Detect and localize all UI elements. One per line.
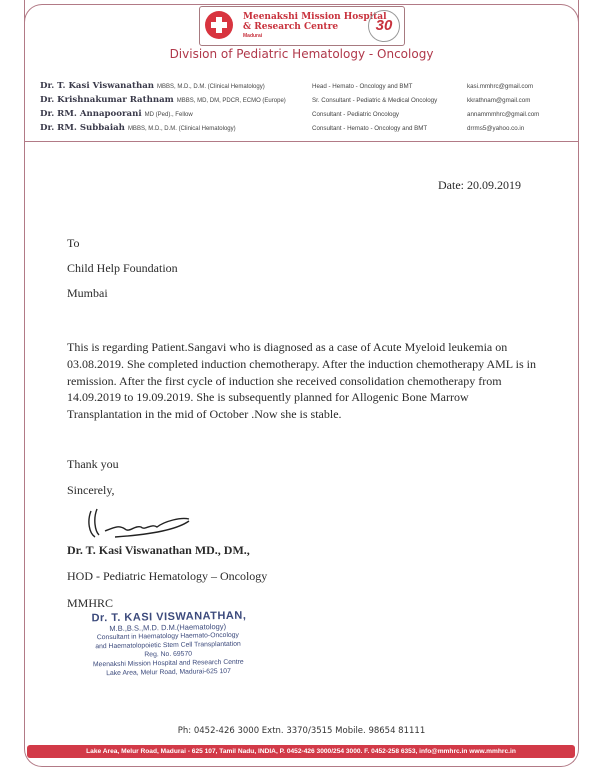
letter-date: Date: 20.09.2019 [438, 178, 521, 193]
header-divider [24, 141, 579, 142]
recipient-name: Child Help Foundation [67, 260, 178, 277]
footer-address-bar: Lake Area, Melur Road, Madurai - 625 107… [27, 745, 575, 758]
doctor-email: kkrathnam@gmail.com [467, 97, 530, 104]
signature-icon [85, 507, 195, 543]
signatory-title: HOD - Pediatric Hematology – Oncology [67, 568, 267, 585]
recipient-city: Mumbai [67, 285, 108, 302]
signatory-name: Dr. T. Kasi Viswanathan MD., DM., [67, 542, 250, 559]
hospital-city: Madurai [243, 33, 262, 39]
closing-line: Sincerely, [67, 482, 115, 499]
doctor-list: Dr. T. Kasi ViswanathanMBBS, M.D., D.M. … [40, 81, 570, 137]
doctor-row: Dr. Krishnakumar RathnamMBBS, MD, DM, PD… [40, 95, 570, 109]
doctor-stamp: Dr. T. KASI VISWANATHAN, M.B.,B.S.,M.D. … [77, 609, 258, 678]
hospital-logo: Meenakshi Mission Hospital & Research Ce… [199, 6, 405, 46]
signatory-org: MMHRC [67, 595, 113, 612]
salutation-to: To [67, 235, 80, 252]
doctor-email: annammmhrc@gmail.com [467, 111, 539, 118]
doctor-email: drrms5@yahoo.co.in [467, 125, 524, 132]
thanks-line: Thank you [67, 456, 119, 473]
division-title: Division of Pediatric Hematology - Oncol… [0, 47, 603, 61]
footer-phone: Ph: 0452-426 3000 Extn. 3370/3515 Mobile… [0, 726, 603, 736]
letter-body: This is regarding Patient.Sangavi who is… [67, 339, 542, 423]
doctor-row: Dr. RM. SubbaiahMBBS, M.D., D.M. (Clinic… [40, 123, 570, 137]
doctor-email: kasi.mmhrc@gmail.com [467, 83, 533, 90]
doctor-row: Dr. T. Kasi ViswanathanMBBS, M.D., D.M. … [40, 81, 570, 95]
doctor-row: Dr. RM. AnnapooraniMD (Ped)., Fellow Con… [40, 109, 570, 123]
anniversary-badge-icon: 30 [368, 10, 400, 42]
hospital-name: Meenakshi Mission Hospital & Research Ce… [243, 12, 387, 32]
hospital-cross-icon [205, 11, 233, 39]
